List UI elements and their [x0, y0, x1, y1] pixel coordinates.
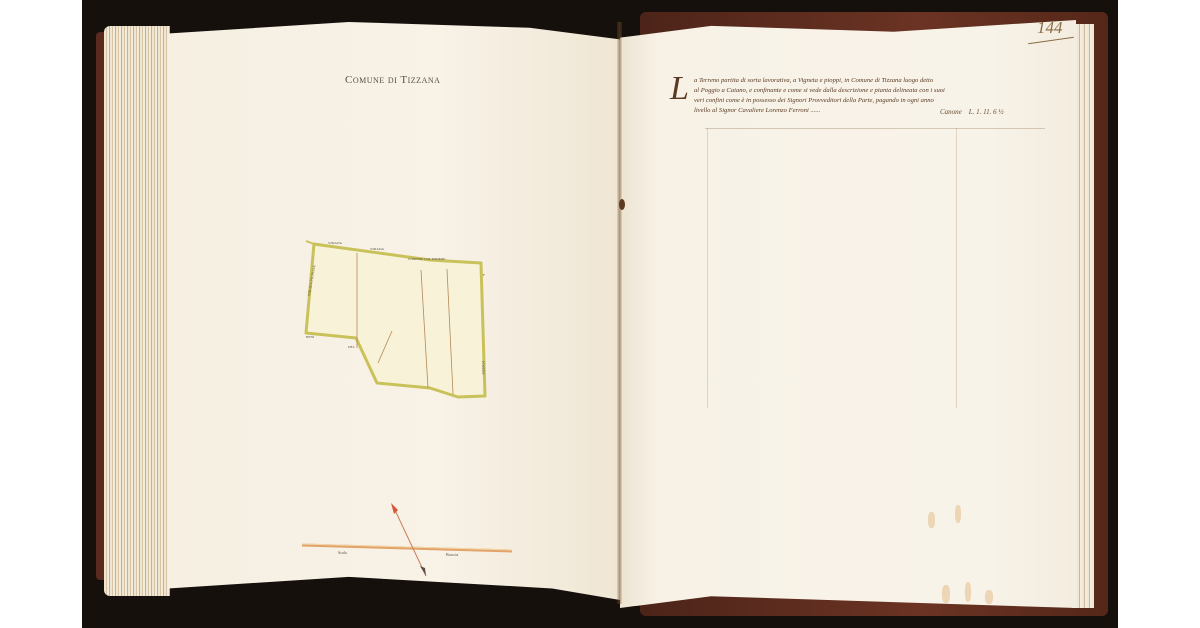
entry-line: al Poggio a Caiano, e confinante e come …: [680, 86, 960, 96]
ruled-margin-left: [707, 128, 708, 408]
map-label: CONFINE COL PODERE: [408, 257, 445, 261]
arrow-head-icon: [420, 566, 426, 576]
page-number: 144: [1037, 18, 1063, 38]
entry-line: a Terreno partita di sorta lavorativa, a…: [680, 76, 960, 86]
map-label: STRADA: [328, 241, 342, 245]
entry-tail-label: Canone: [940, 108, 962, 116]
foxing-stain: [965, 582, 971, 602]
scale-label-left: Scala: [338, 550, 347, 555]
entry-amount-value: L. 1. 11. 6 ½: [969, 108, 1004, 116]
parcel-map: STRADA STRADA CONFINE COL PODERE F STRAD…: [300, 236, 500, 406]
map-label: DEL: [348, 345, 355, 349]
foxing-stain: [985, 590, 993, 604]
foxing-stain: [928, 512, 935, 528]
map-label: BENI: [306, 335, 315, 339]
scale-label-right: Braccia: [446, 552, 458, 557]
scale-and-compass: Scala Braccia: [298, 500, 518, 580]
ruled-margin-right: [956, 128, 957, 408]
entry-line: livello al Signor Cavaliere Lorenzo Ferr…: [680, 106, 960, 116]
entry-line: veri confini come è in possesso dei Sign…: [680, 96, 960, 106]
gutter-stain: [619, 199, 625, 210]
arrow-fletching-icon: [391, 503, 398, 514]
page-edges-left: [104, 26, 170, 596]
entry-amount: Canone L. 1. 11. 6 ½: [940, 108, 1004, 116]
ruled-line: [705, 128, 1045, 129]
register-entry: a Terreno partita di sorta lavorativa, a…: [680, 76, 960, 116]
book-gutter: [617, 22, 622, 604]
foxing-stain: [955, 505, 961, 523]
map-title: Comune di Tizzana: [345, 74, 440, 86]
map-label: PODERE: [481, 361, 485, 375]
map-label: STRADA: [370, 247, 384, 251]
foxing-stain: [942, 585, 950, 603]
map-label: F: [483, 273, 485, 277]
